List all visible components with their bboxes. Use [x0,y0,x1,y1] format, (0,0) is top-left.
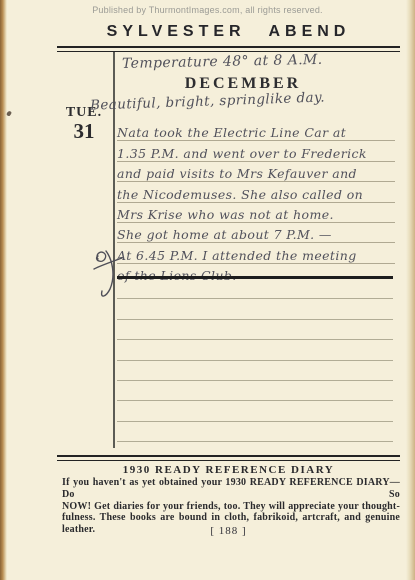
entry-line: At 6.45 P.M. I attended the meeting [117,243,395,263]
watermark-text: Published by ThurmontImages.com, all rig… [0,5,415,15]
entry-line: Nata took the Electric Line Car at [117,121,395,141]
diary-entry: Nata took the Electric Line Car at 1.35 … [117,121,395,283]
blank-line [117,381,393,401]
blank-line [117,320,393,340]
advertisement-title: 1930 READY REFERENCE DIARY [57,464,400,476]
ad-text-line: If you haven't as yet obtained your 1930… [62,477,400,501]
blank-line [117,361,393,381]
blank-line [117,299,393,319]
page-number: [ 188 ] [57,525,400,537]
entry-line: and paid visits to Mrs Kefauver and [117,162,395,182]
blank-line [117,279,393,299]
ad-text-line: fulness. These books are bound in cloth,… [62,512,400,524]
book-binding-edge [0,0,7,580]
entry-line: 1.35 P.M. and went over to Frederick [117,141,395,161]
bottom-double-rule [57,455,400,461]
blank-line [117,401,393,421]
blank-ruled-lines [117,279,393,442]
ad-text-line: NOW! Get diaries for your friends, too. … [62,501,400,513]
diary-page: Published by ThurmontImages.com, all rig… [0,0,415,580]
blank-line [117,422,393,442]
page-title: SYLVESTER ABEND [57,23,400,41]
entry-line: Mrs Krise who was not at home. [117,203,395,223]
temperature-note: Temperature 48° at 8 A.M. [122,50,407,72]
entry-line: the Nicodemuses. She also called on [117,182,395,202]
blank-line [117,340,393,360]
day-number: 31 [59,119,109,144]
entry-line: She got home at about 7 P.M. — [117,223,395,243]
paper-speck [6,110,12,116]
